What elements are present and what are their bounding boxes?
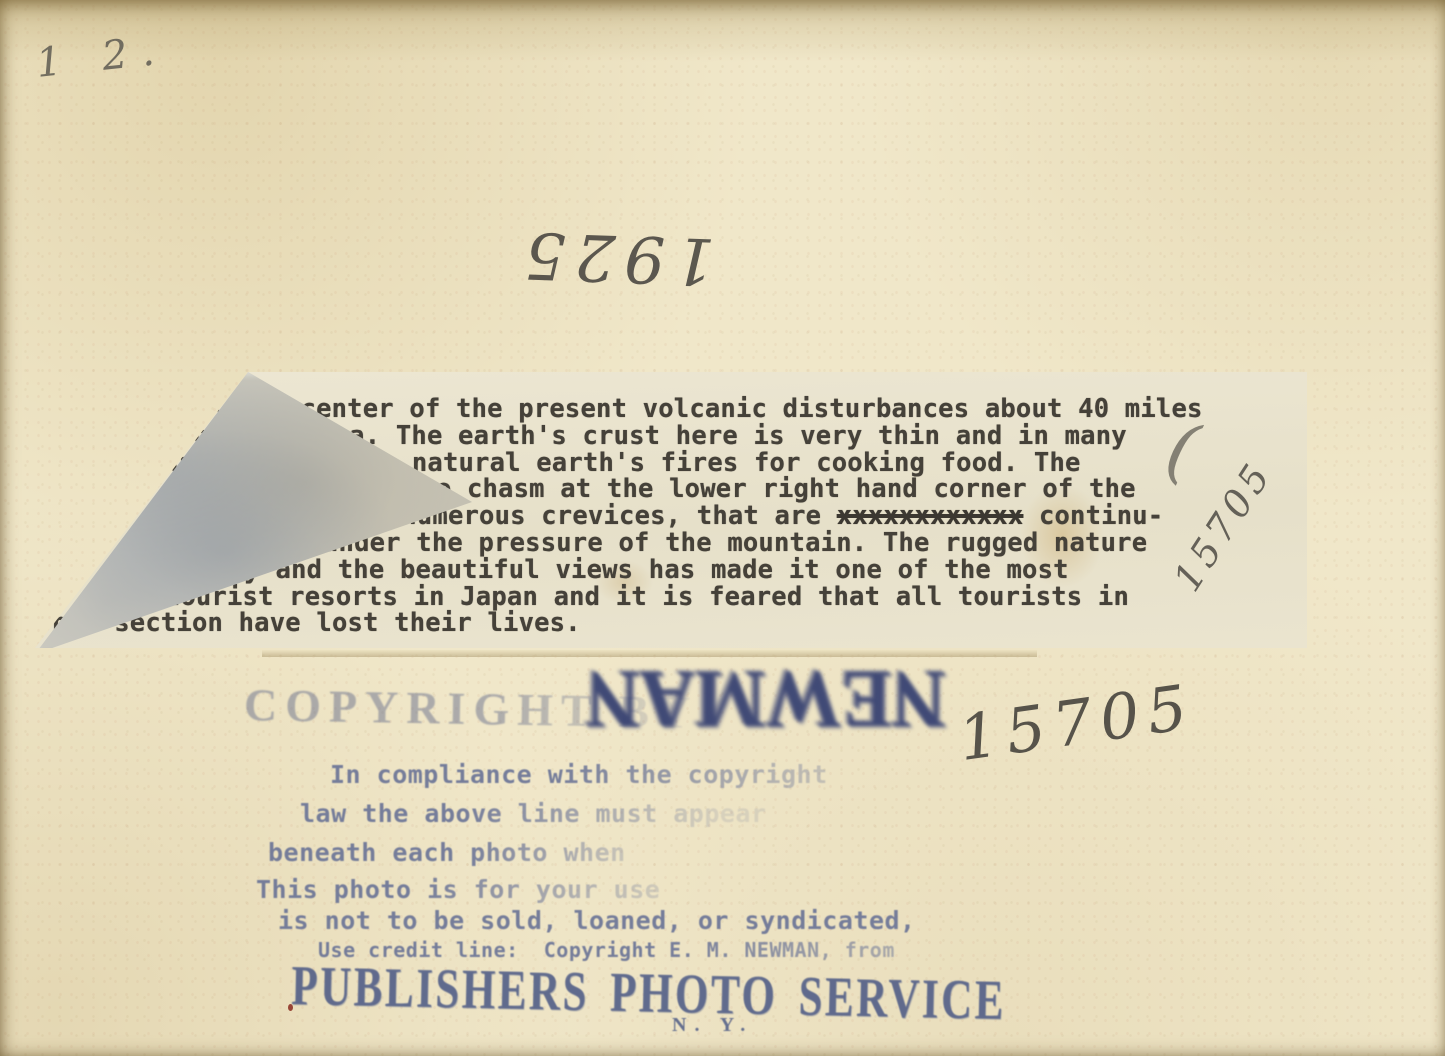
scan-edge-shading [0, 0, 1445, 62]
smudged-name-stamp: NEWMAN [566, 642, 966, 756]
pencil-year-upside-down: 1925 [515, 217, 716, 298]
city-stamp: N. Y. [672, 1014, 753, 1037]
caption-struck-word: xxxxxxxxxxxx [837, 501, 1024, 531]
publishers-photo-service-stamp: PUBLISHERS PHOTO SERVICE [291, 953, 1007, 1032]
caption-strip: ITA - The center of the present volcanic… [35, 372, 1307, 648]
pencil-id-number: 15705 [954, 670, 1199, 775]
ink-dot [288, 1004, 293, 1011]
compliance-stamp-line: beneath each photo when [268, 838, 626, 867]
pencil-page-mark: 1 2. [34, 27, 170, 87]
compliance-stamp-line: law the above line must appear [300, 799, 767, 828]
caption-line: ular tourist resorts in Japan and it is … [87, 584, 1129, 611]
caption-line-segment: continu- [1023, 501, 1163, 531]
photo-back: 1 2. 1925 ITA - The center of the presen… [0, 0, 1445, 1056]
compliance-stamp-line: This photo is for your use [256, 875, 660, 904]
compliance-stamp-line: is not to be sold, loaned, or syndicated… [278, 906, 916, 935]
compliance-stamp-line: In compliance with the copyright [330, 760, 828, 789]
